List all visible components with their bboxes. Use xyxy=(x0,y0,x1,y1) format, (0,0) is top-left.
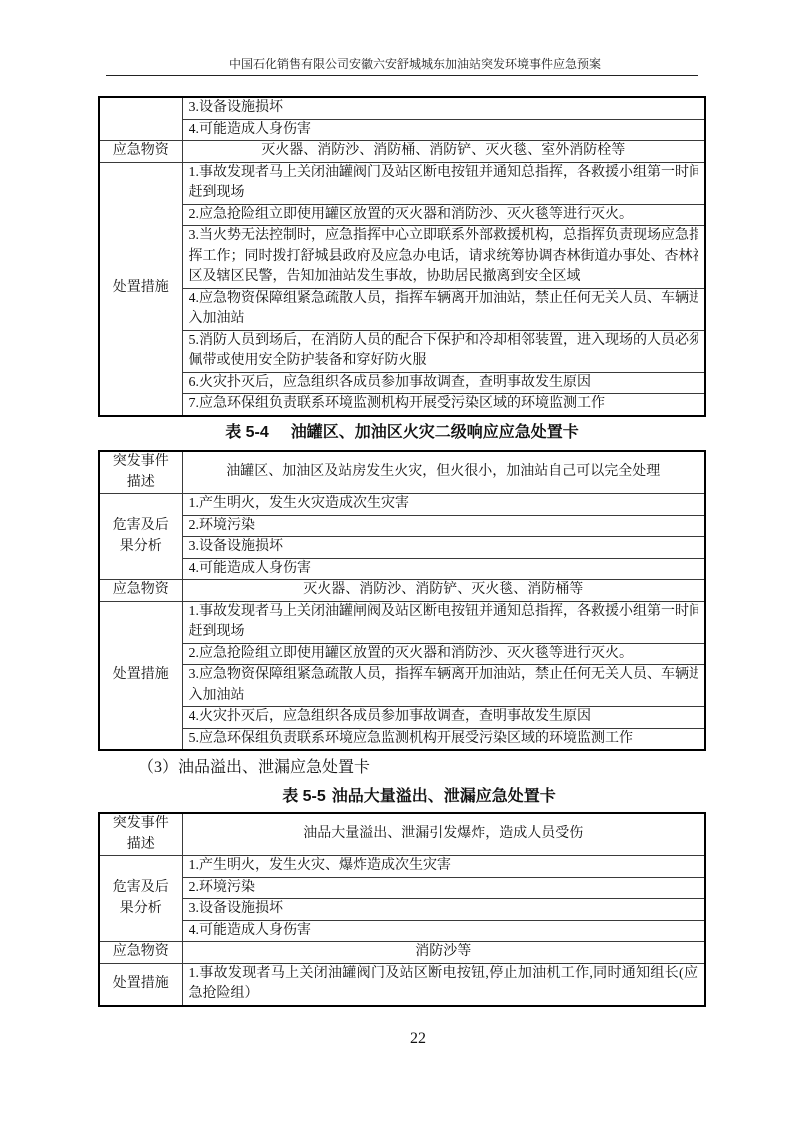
measure-item: 1.事故发现者马上关闭油罐阀门及站区断电按钮,停止加油机工作,同时通知组长(应 … xyxy=(182,963,705,1006)
measure-item: 3.应急物资保障组紧急疏散人员，指挥车辆离开加油站，禁止任何无关人员、车辆进 入… xyxy=(182,665,705,707)
supplies-value: 消防沙等 xyxy=(182,942,705,964)
supplies-label: 应急物资 xyxy=(99,580,182,602)
hazard-item: 2.环境污染 xyxy=(182,515,705,537)
event-description: 油罐区、加油区及站房发生火灾，但火很小，加油站自己可以完全处理 xyxy=(182,451,705,494)
caption-title: 油罐区、加油区火灾二级响应应急处置卡 xyxy=(291,424,579,441)
measure-item: 2.应急抢险组立即使用罐区放置的灭火器和消防沙、灭火毯等进行灭火。 xyxy=(182,643,705,665)
measure-item: 4.火灾扑灭后，应急组织各成员参加事故调查，查明事故发生原因 xyxy=(182,707,705,729)
hazard-item: 3.设备设施损坏 xyxy=(182,899,705,921)
measures-label: 处置措施 xyxy=(99,963,182,1006)
table-row: 4.可能造成人身伤害 xyxy=(99,558,705,580)
measure-item: 1.事故发现者马上关闭油罐阀门及站区断电按钮并通知总指挥，各救援小组第一时间 赶… xyxy=(182,162,705,204)
document-page: 中国石化销售有限公司安徽六安舒城城东加油站突发环境事件应急预案 3.设备设施损坏… xyxy=(0,0,793,1122)
caption-title: 油品大量溢出、泄漏应急处置卡 xyxy=(332,788,556,805)
measures-label: 处置措施 xyxy=(99,601,182,750)
table-row: 6.火灾扑灭后，应急组织各成员参加事故调查，查明事故发生原因 xyxy=(99,372,705,394)
table-row: 2.环境污染 xyxy=(99,515,705,537)
table-row: 2.应急抢险组立即使用罐区放置的灭火器和消防沙、灭火毯等进行灭火。 xyxy=(99,643,705,665)
header-divider xyxy=(106,75,698,76)
measure-item: 6.火灾扑灭后，应急组织各成员参加事故调查，查明事故发生原因 xyxy=(182,372,705,394)
measure-item: 2.应急抢险组立即使用罐区放置的灭火器和消防沙、灭火毯等进行灭火。 xyxy=(182,204,705,226)
section-heading: （3）油品溢出、泄漏应急处置卡 xyxy=(138,758,370,778)
hazard-item: 1.产生明火，发生火灾、爆炸造成次生灾害 xyxy=(182,856,705,878)
measure-item: 4.应急物资保障组紧急疏散人员，指挥车辆离开加油站，禁止任何无关人员、车辆进 入… xyxy=(182,288,705,330)
table-row: 3.设备设施损坏 xyxy=(99,537,705,559)
hazards-label-cell-continued xyxy=(99,97,182,141)
hazard-item: 2.环境污染 xyxy=(182,877,705,899)
event-description: 油品大量溢出、泄漏引发爆炸，造成人员受伤 xyxy=(182,813,705,856)
table-row: 应急物资 消防沙等 xyxy=(99,942,705,964)
measure-item: 7.应急环保组负责联系环境监测机构开展受污染区域的环境监测工作 xyxy=(182,394,705,416)
table-row: 处置措施 1.事故发现者马上关闭油罐阀门及站区断电按钮,停止加油机工作,同时通知… xyxy=(99,963,705,1006)
table-row: 2.应急抢险组立即使用罐区放置的灭火器和消防沙、灭火毯等进行灭火。 xyxy=(99,204,705,226)
table-row: 4.可能造成人身伤害 xyxy=(99,920,705,942)
table-5-4-caption: 表 5-4油罐区、加油区火灾二级响应应急处置卡 xyxy=(98,423,706,443)
measures-label: 处置措施 xyxy=(99,162,182,416)
table-row: 5.应急环保组负责联系环境应急监测机构开展受污染区域的环境监测工作 xyxy=(99,728,705,750)
table-row: 3.应急物资保障组紧急疏散人员，指挥车辆离开加油站，禁止任何无关人员、车辆进 入… xyxy=(99,665,705,707)
table-row: 3.设备设施损坏 xyxy=(99,899,705,921)
measure-item: 5.消防人员到场后，在消防人员的配合下保护和冷却相邻装置，进入现场的人员必须 佩… xyxy=(182,330,705,372)
event-label: 突发事件 描述 xyxy=(99,813,182,856)
supplies-label: 应急物资 xyxy=(99,141,182,163)
table-row: 突发事件 描述 油品大量溢出、泄漏引发爆炸，造成人员受伤 xyxy=(99,813,705,856)
measure-item: 1.事故发现者马上关闭油罐闸阀及站区断电按钮并通知总指挥，各救援小组第一时间 赶… xyxy=(182,601,705,643)
table-row: 处置措施 1.事故发现者马上关闭油罐阀门及站区断电按钮并通知总指挥，各救援小组第… xyxy=(99,162,705,204)
measure-item: 5.应急环保组负责联系环境应急监测机构开展受污染区域的环境监测工作 xyxy=(182,728,705,750)
event-label: 突发事件 描述 xyxy=(99,451,182,494)
table-row: 处置措施 1.事故发现者马上关闭油罐闸阀及站区断电按钮并通知总指挥，各救援小组第… xyxy=(99,601,705,643)
hazards-label: 危害及后 果分析 xyxy=(99,856,182,942)
table-row: 3.设备设施损坏 xyxy=(99,97,705,119)
table-row: 4.火灾扑灭后，应急组织各成员参加事故调查，查明事故发生原因 xyxy=(99,707,705,729)
table-row: 2.环境污染 xyxy=(99,877,705,899)
supplies-value: 灭火器、消防沙、消防桶、消防铲、灭火毯、室外消防栓等 xyxy=(182,141,705,163)
table-5-3-continued: 3.设备设施损坏 4.可能造成人身伤害 应急物资 灭火器、消防沙、消防桶、消防铲… xyxy=(98,96,706,417)
page-number: 22 xyxy=(388,1029,448,1049)
hazard-item: 4.可能造成人身伤害 xyxy=(182,920,705,942)
table-5-5: 突发事件 描述 油品大量溢出、泄漏引发爆炸，造成人员受伤 危害及后 果分析 1.… xyxy=(98,812,706,1007)
table-5-5-caption: 表 5-5油品大量溢出、泄漏应急处置卡 xyxy=(115,787,723,807)
supplies-value: 灭火器、消防沙、消防铲、灭火毯、消防桶等 xyxy=(182,580,705,602)
table-row: 4.可能造成人身伤害 xyxy=(99,119,705,141)
table-row: 突发事件 描述 油罐区、加油区及站房发生火灾，但火很小，加油站自己可以完全处理 xyxy=(99,451,705,494)
running-header: 中国石化销售有限公司安徽六安舒城城东加油站突发环境事件应急预案 xyxy=(210,56,620,72)
table-row: 应急物资 灭火器、消防沙、消防铲、灭火毯、消防桶等 xyxy=(99,580,705,602)
table-5-4: 突发事件 描述 油罐区、加油区及站房发生火灾，但火很小，加油站自己可以完全处理 … xyxy=(98,450,706,751)
caption-number: 表 5-4 xyxy=(225,423,269,443)
table-row: 5.消防人员到场后，在消防人员的配合下保护和冷却相邻装置，进入现场的人员必须 佩… xyxy=(99,330,705,372)
table-row: 4.应急物资保障组紧急疏散人员，指挥车辆离开加油站，禁止任何无关人员、车辆进 入… xyxy=(99,288,705,330)
hazard-item: 1.产生明火，发生火灾造成次生灾害 xyxy=(182,494,705,516)
table-row: 危害及后 果分析 1.产生明火，发生火灾造成次生灾害 xyxy=(99,494,705,516)
hazards-label: 危害及后 果分析 xyxy=(99,494,182,580)
caption-number: 表 5-5 xyxy=(282,787,326,807)
table-row: 应急物资 灭火器、消防沙、消防桶、消防铲、灭火毯、室外消防栓等 xyxy=(99,141,705,163)
hazard-item: 3.设备设施损坏 xyxy=(182,97,705,119)
table-row: 7.应急环保组负责联系环境监测机构开展受污染区域的环境监测工作 xyxy=(99,394,705,416)
supplies-label: 应急物资 xyxy=(99,942,182,964)
table-row: 3.当火势无法控制时，应急指挥中心立即联系外部救援机构，总指挥负责现场应急指 挥… xyxy=(99,226,705,289)
measure-item: 3.当火势无法控制时，应急指挥中心立即联系外部救援机构，总指挥负责现场应急指 挥… xyxy=(182,226,705,289)
hazard-item: 4.可能造成人身伤害 xyxy=(182,558,705,580)
hazard-item: 4.可能造成人身伤害 xyxy=(182,119,705,141)
hazard-item: 3.设备设施损坏 xyxy=(182,537,705,559)
table-row: 危害及后 果分析 1.产生明火，发生火灾、爆炸造成次生灾害 xyxy=(99,856,705,878)
